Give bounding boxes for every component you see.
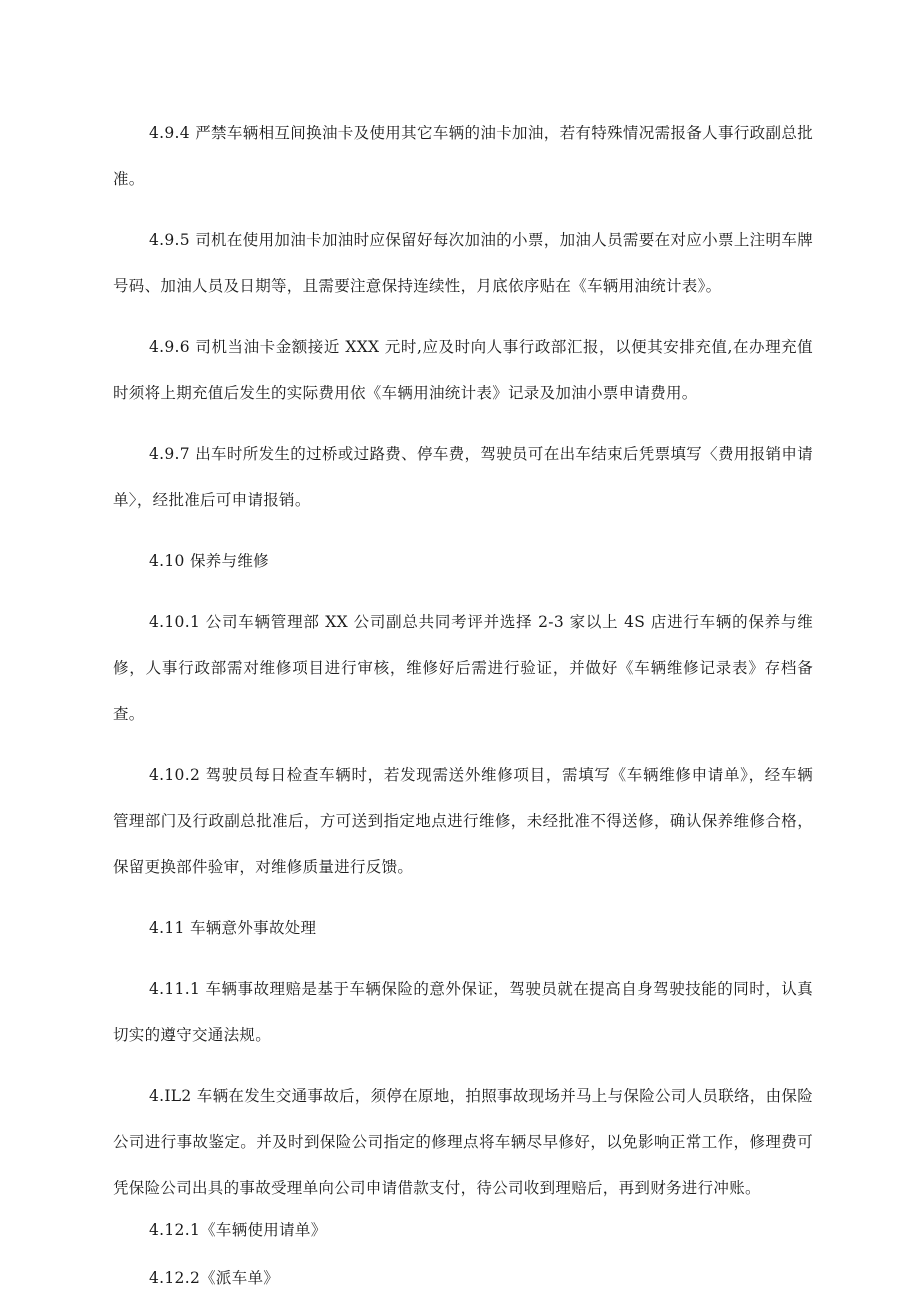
- paragraph-4-9-7: 4.9.7 出车时所发生的过桥或过路费、停车费，驾驶员可在出车结束后凭票填写〈费…: [113, 431, 813, 523]
- paragraph-4-10-2: 4.10.2 驾驶员每日检查车辆时，若发现需送外维修项目，需填写《车辆维修申请单…: [113, 752, 813, 890]
- paragraph-4-9-5: 4.9.5 司机在使用加油卡加油时应保留好每次加油的小票，加油人员需要在对应小票…: [113, 217, 813, 309]
- section-heading-4-11: 4.11 车辆意外事故处理: [113, 905, 813, 951]
- section-heading-4-10: 4.10 保养与维修: [113, 538, 813, 584]
- list-item-4-12-1: 4.12.1《车辆使用请单》: [113, 1211, 813, 1249]
- paragraph-4-10-1: 4.10.1 公司车辆管理部 XX 公司副总共同考评并选择 2-3 家以上 4S…: [113, 599, 813, 737]
- document-page: 4.9.4 严禁车辆相互间换油卡及使用其它车辆的油卡加油，若有特殊情况需报备人事…: [113, 110, 813, 1301]
- list-item-4-12-2: 4.12.2《派车单》: [113, 1259, 813, 1297]
- paragraph-4-11-1: 4.11.1 车辆事故理赔是基于车辆保险的意外保证，驾驶员就在提高自身驾驶技能的…: [113, 966, 813, 1058]
- paragraph-4-9-6: 4.9.6 司机当油卡金额接近 XXX 元时,应及时向人事行政部汇报，以便其安排…: [113, 324, 813, 416]
- paragraph-4-11-2: 4.IL2 车辆在发生交通事故后，须停在原地，拍照事故现场并马上与保险公司人员联…: [113, 1073, 813, 1211]
- paragraph-4-9-4: 4.9.4 严禁车辆相互间换油卡及使用其它车辆的油卡加油，若有特殊情况需报备人事…: [113, 110, 813, 202]
